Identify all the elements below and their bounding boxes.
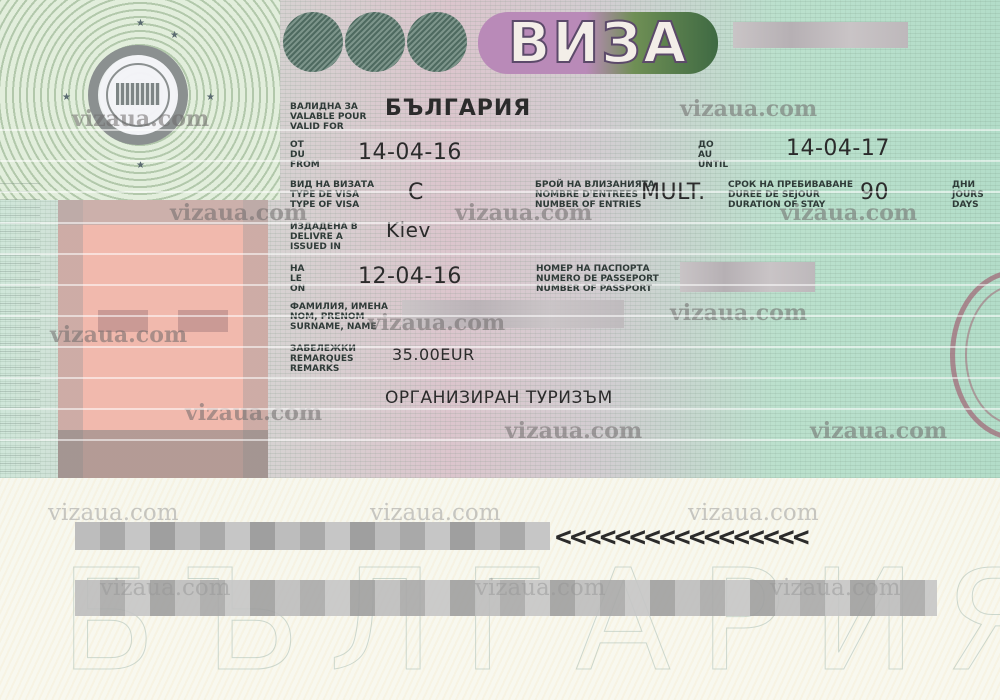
- watermark: vizaua.com: [770, 575, 901, 601]
- watermark: vizaua.com: [100, 575, 231, 601]
- watermark: vizaua.com: [72, 106, 209, 132]
- eur-microtext-strip: [0, 180, 40, 478]
- watermark: vizaua.com: [368, 310, 505, 336]
- holder-photo-pixelated: [58, 200, 268, 478]
- redacted-visa-number: [733, 22, 908, 48]
- watermark: vizaua.com: [185, 400, 322, 426]
- star-icon: ★: [136, 160, 145, 171]
- pattern-blob: [283, 12, 343, 72]
- duration-unit-label: ДНИ JOURS DAYS: [952, 180, 984, 210]
- remarks-label: ЗАБЕЛЕЖКИ REMARQUES REMARKS: [290, 344, 356, 374]
- passport-number-label: НОМЕР НА ПАСПОРТА NUMERO DE PASSEPORT NU…: [536, 264, 659, 294]
- visa-title-band: ВИЗА: [283, 8, 723, 80]
- remarks-purpose: ОРГАНИЗИРАН ТУРИЗЪМ: [385, 388, 613, 408]
- watermark: vizaua.com: [50, 322, 187, 348]
- redacted-name: [402, 300, 624, 328]
- until-label: ДО AU UNTIL: [698, 140, 728, 170]
- embassy-stamp: [950, 270, 1000, 440]
- watermark: vizaua.com: [780, 200, 917, 226]
- star-icon: ★: [206, 92, 215, 103]
- background-country-text: БЪЛГАРИЯ: [60, 540, 1000, 700]
- surname-name-label: ФАМИЛИЯ, ИМЕНА NOM, PRENOM SURNAME, NAME: [290, 302, 388, 332]
- duration-of-stay-label: СРОК НА ПРЕБИВАВАНЕ DUREE DE SEJOUR DURA…: [728, 180, 853, 210]
- valid-for-value: БЪЛГАРИЯ: [385, 96, 531, 121]
- pattern-blob: [345, 12, 405, 72]
- remarks-fee: 35.00EUR: [392, 345, 475, 364]
- from-label: ОТ DU FROM: [290, 140, 320, 170]
- watermark: vizaua.com: [680, 96, 817, 122]
- valid-for-label: ВАЛИДНА ЗА VALABLE POUR VALID FOR: [290, 102, 366, 132]
- star-icon: ★: [170, 30, 179, 41]
- from-value: 14-04-16: [358, 140, 462, 165]
- number-of-entries-value: MULT.: [641, 180, 706, 205]
- watermark: vizaua.com: [670, 300, 807, 326]
- visa-title: ВИЗА: [478, 12, 718, 74]
- type-of-visa-value: C: [408, 180, 424, 205]
- issue-date-value: 12-04-16: [358, 264, 462, 289]
- mrz-line-1-fillers: <<<<<<<<<<<<<<<<<: [555, 520, 808, 553]
- watermark: vizaua.com: [475, 575, 606, 601]
- issued-in-label: ИЗДАДЕНА В DELIVRE A ISSUED IN: [290, 222, 358, 252]
- type-of-visa-label: ВИД НА ВИЗАТА TYPE DE VISA TYPE OF VISA: [290, 180, 374, 210]
- star-icon: ★: [62, 92, 71, 103]
- guilloche-pattern: ★ ★ ★ ★ ★: [0, 0, 280, 200]
- watermark: vizaua.com: [810, 418, 947, 444]
- redacted-passport-number: [680, 262, 815, 292]
- duration-of-stay-value: 90: [860, 180, 889, 205]
- pattern-blob: [407, 12, 467, 72]
- issued-in-value: Kiev: [386, 218, 431, 242]
- visa-sticker: ★ ★ ★ ★ ★ ВИЗА ВАЛИДНА ЗА VALABLE POUR V…: [0, 0, 1000, 478]
- star-icon: ★: [136, 18, 145, 29]
- watermark: vizaua.com: [505, 418, 642, 444]
- until-value: 14-04-17: [786, 136, 890, 161]
- eu-emblem-icon: [88, 45, 188, 145]
- watermark: vizaua.com: [170, 200, 307, 226]
- number-of-entries-label: БРОЙ НА ВЛИЗАНИЯТА NOMBRE D'ENTREES NUMB…: [535, 180, 655, 210]
- issue-date-label: НА LE ON: [290, 264, 305, 294]
- mrz-line-1-redacted: [75, 522, 550, 550]
- passport-page: БЪЛГАРИЯ ★ ★ ★ ★ ★ ВИЗА ВАЛИДНА ЗА VALAB…: [0, 0, 1000, 700]
- watermark: vizaua.com: [455, 200, 592, 226]
